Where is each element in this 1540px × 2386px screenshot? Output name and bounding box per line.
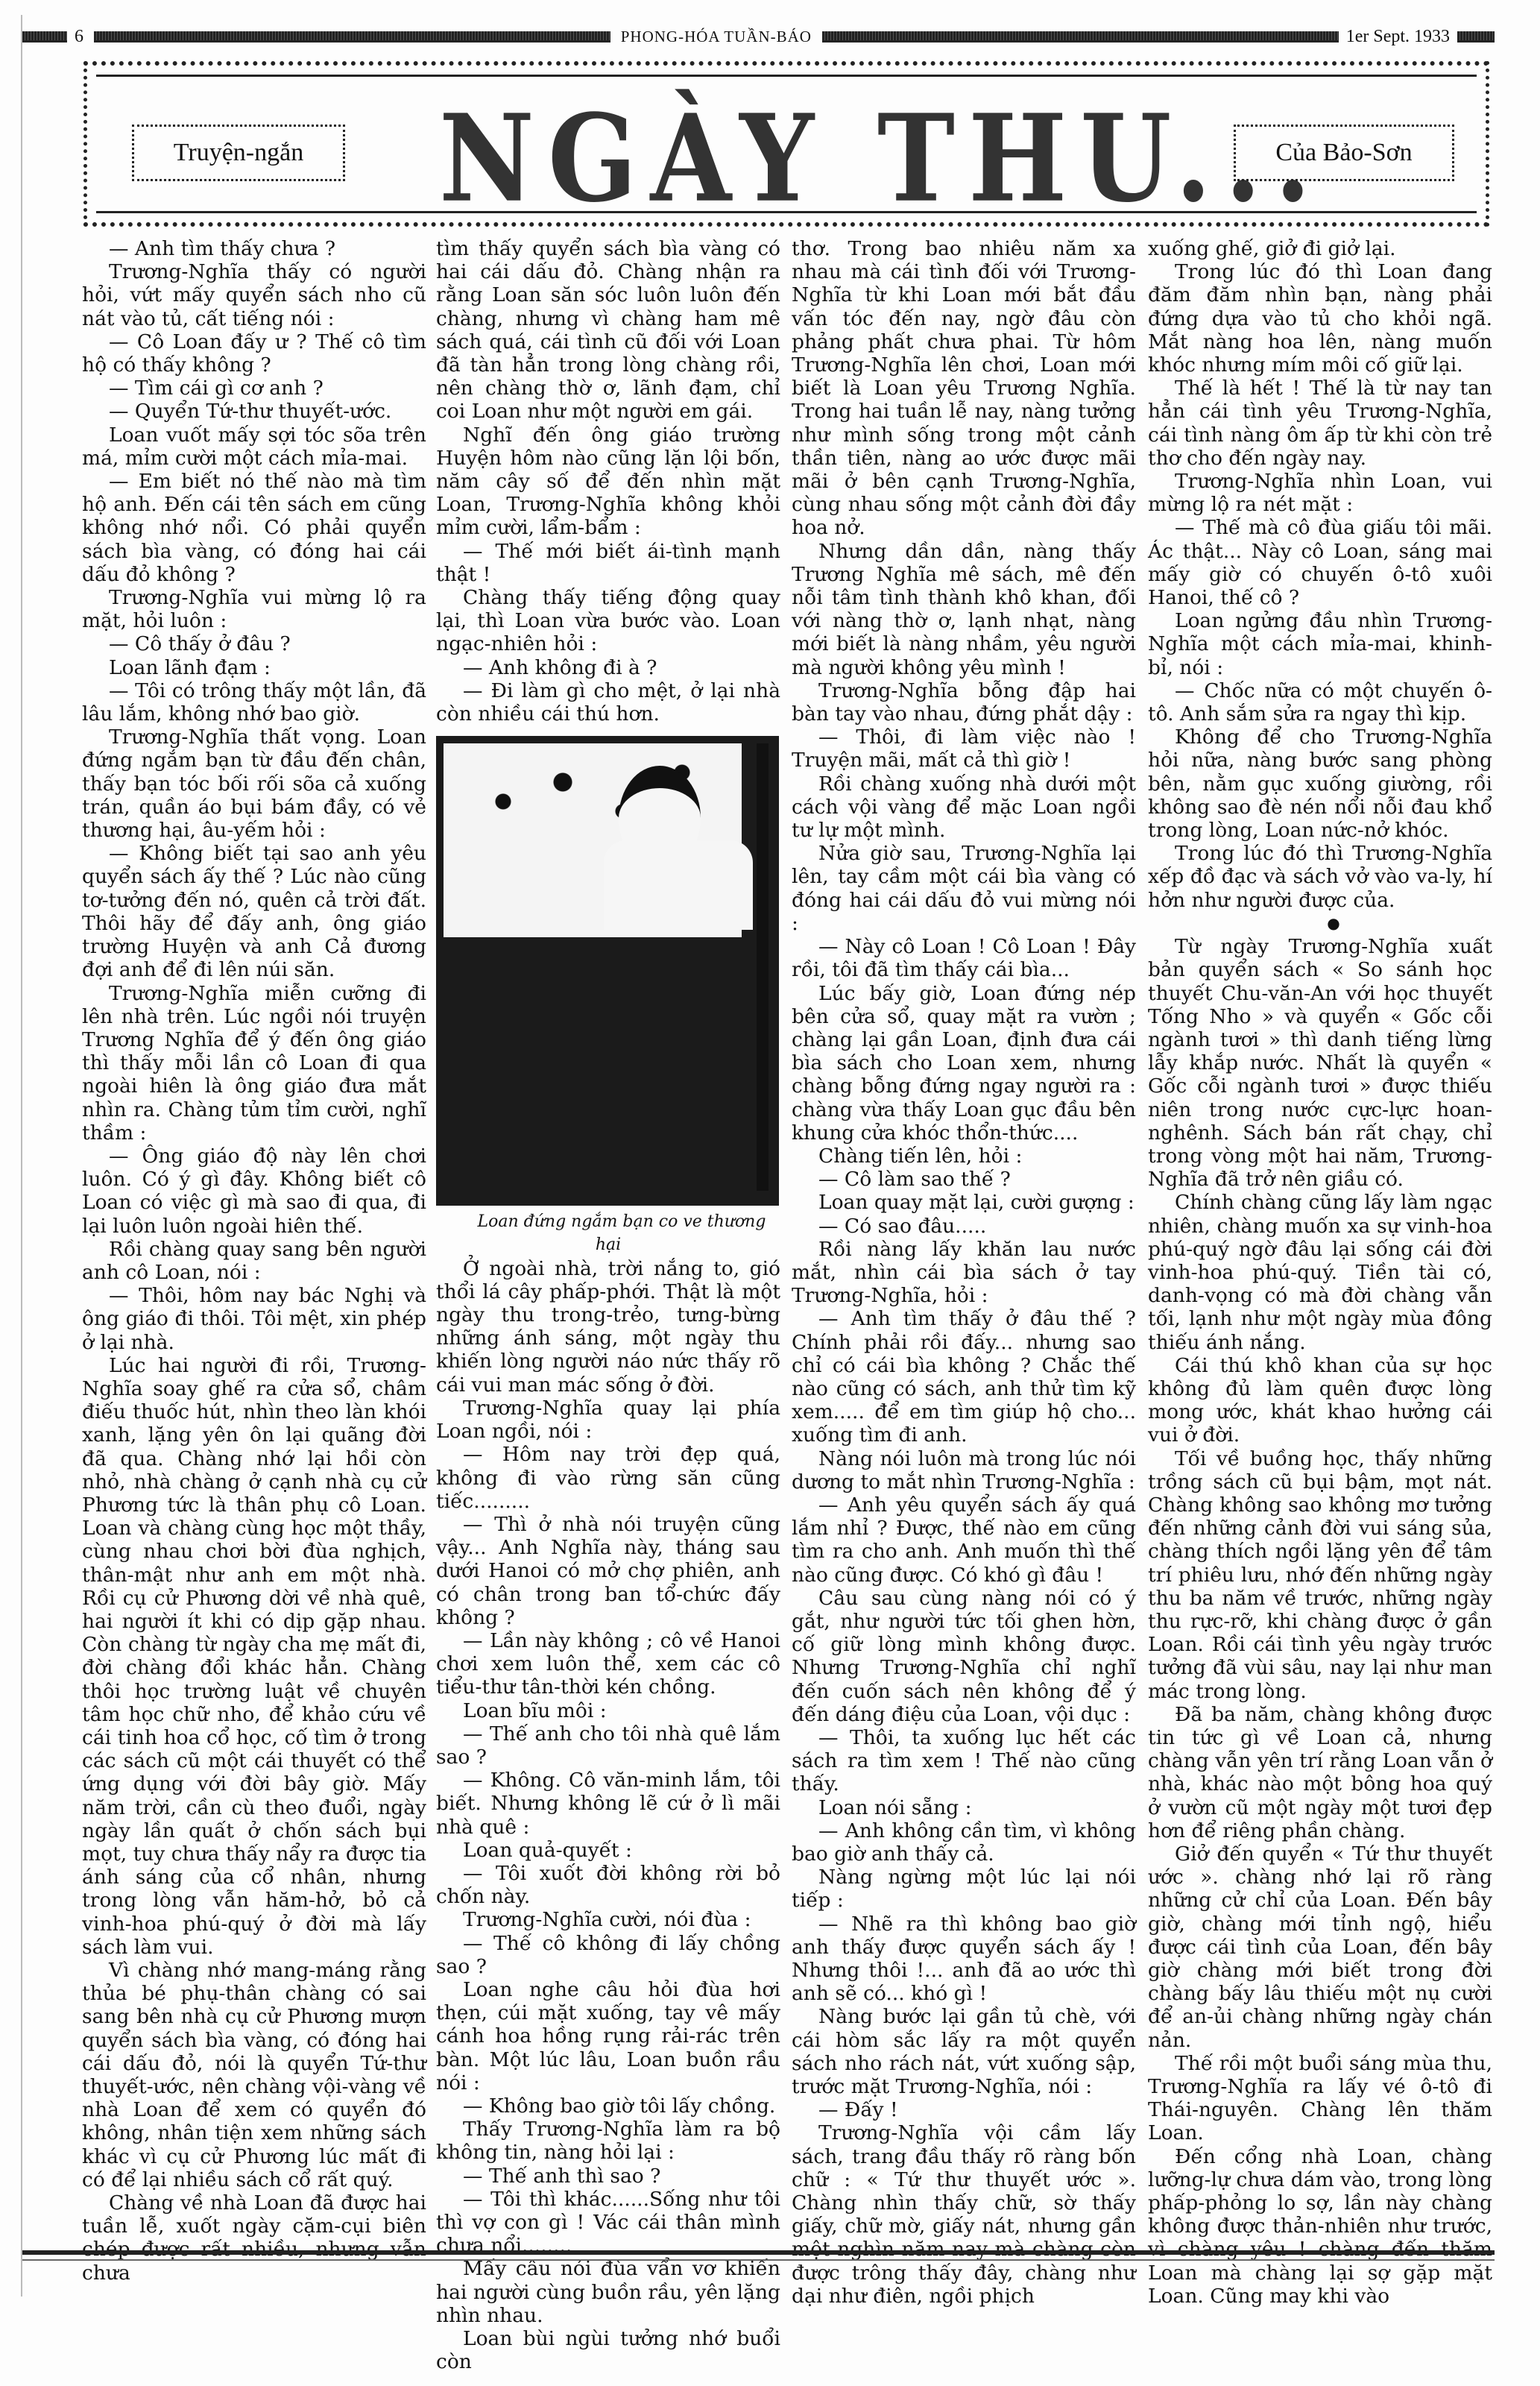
text-column-2: tìm thấy quyển sách bìa vàng có hai cái … xyxy=(436,237,780,2373)
paragraph: Rồi chàng quay sang bên người anh cô Loa… xyxy=(82,1238,426,1284)
paragraph: — Thế mới biết ái-tình mạnh thật ! xyxy=(436,540,780,586)
paragraph: xuống ghế, giở đi giở lại. xyxy=(1148,237,1492,260)
paragraph: Không để cho Trương-Nghĩa hỏi nữa, nàng … xyxy=(1148,725,1492,842)
paragraph: — Đi làm gì cho mệt, ở lại nhà còn nhiều… xyxy=(436,679,780,725)
paragraph: — Cô thấy ở đâu ? xyxy=(82,632,426,655)
paragraph: tìm thấy quyển sách bìa vàng có hai cái … xyxy=(436,237,780,424)
paragraph: — Em biết nó thế nào mà tìm hộ anh. Đến … xyxy=(82,470,426,586)
paragraph: — Thôi, ta xuống lục hết các sách ra tìm… xyxy=(792,1726,1136,1796)
paragraph: Chàng thấy tiếng động quay lại, thì Loan… xyxy=(436,586,780,656)
paragraph: Trong lúc đó thì Loan đang đăm đăm nhìn … xyxy=(1148,260,1492,377)
paragraph: Đã ba năm, chàng không được tin tức gì v… xyxy=(1148,1703,1492,1842)
paragraph: — Thôi, hôm nay bác Nghị và ông giáo đi … xyxy=(82,1284,426,1354)
paragraph: Trương-Nghĩa quay lại phía Loan ngồi, nó… xyxy=(436,1397,780,1443)
issue-date: 1er Sept. 1933 xyxy=(1346,27,1450,47)
paragraph: Ở ngoài nhà, trời nắng to, gió thổi lá c… xyxy=(436,1257,780,1397)
footer-rule-thin xyxy=(22,2259,1495,2261)
paragraph: Nghĩ đến ông giáo trường Huyện hôm nào c… xyxy=(436,424,780,540)
paragraph: Cái thú khô khan của sự học không đủ làm… xyxy=(1148,1354,1492,1447)
paragraph: Trương-Nghĩa bỗng đập hai bàn tay vào nh… xyxy=(792,679,1136,725)
paragraph: Thế là hết ! Thế là từ nay tan hẳn cái t… xyxy=(1148,377,1492,470)
paragraph: — Thế anh thì sao ? xyxy=(436,2165,780,2188)
title-inner-frame: Truyện-ngắn NGÀY THU... Của Bảo-Sơn xyxy=(96,75,1477,213)
paragraph: Vì chàng nhớ mang-máng rằng thủa bé phụ-… xyxy=(82,1959,426,2191)
paragraph: Chàng về nhà Loan đã được hai tuần lễ, x… xyxy=(82,2191,426,2285)
paragraph: Thấy Trương-Nghĩa làm ra bộ không tin, n… xyxy=(436,2118,780,2164)
paragraph: — Cô làm sao thế ? xyxy=(792,1168,1136,1191)
section-separator-icon: ● xyxy=(1148,912,1492,935)
paragraph: Trương-Nghĩa vui mừng lộ ra mặt, hỏi luô… xyxy=(82,586,426,632)
text-column-3: thơ. Trong bao nhiêu năm xa nhau mà cái … xyxy=(792,237,1136,2308)
paragraph: Nhưng dần dần, nàng thấy Trương Nghĩa mê… xyxy=(792,540,1136,679)
story-title: NGÀY THU... xyxy=(439,99,1325,219)
paragraph: — Anh tìm thấy chưa ? xyxy=(82,237,426,260)
paragraph: Nửa giờ sau, Trương-Nghĩa lại lên, tay c… xyxy=(792,842,1136,935)
header-rule xyxy=(822,31,1339,43)
paragraph: — Anh không đi à ? xyxy=(436,656,780,679)
paragraph: Đến cổng nhà Loan, chàng lưỡng-lự chưa d… xyxy=(1148,2145,1492,2308)
paragraph: — Không. Cô văn-minh lắm, tôi biết. Nhưn… xyxy=(436,1769,780,1839)
woman-figure-body xyxy=(604,840,753,930)
paragraph: Giở đến quyển « Tứ thư thuyết ước ». chà… xyxy=(1148,1842,1492,2052)
illustration-caption: Loan đứng ngắm bạn co ve thương hại xyxy=(436,1210,780,1256)
paragraph: Trương-Nghĩa nhìn Loan, vui mừng lộ ra n… xyxy=(1148,470,1492,516)
paragraph: Từ ngày Trương-Nghĩa xuất bản quyển sách… xyxy=(1148,935,1492,1191)
paragraph: — Thôi, đi làm việc nào ! Truyện mãi, mấ… xyxy=(792,725,1136,772)
paragraph: — Anh không cần tìm, vì không bao giờ an… xyxy=(792,1819,1136,1866)
paragraph: — Đấy ! xyxy=(792,2098,1136,2121)
paragraph: — Tôi thì khác......Sống như tôi thì vợ … xyxy=(436,2188,780,2258)
paragraph: Rồi chàng xuống nhà dưới một cách vội và… xyxy=(792,772,1136,843)
paragraph: — Tôi xuốt đời không rời bỏ chốn này. xyxy=(436,1862,780,1908)
author-byline: Của Bảo-Sơn xyxy=(1234,125,1454,181)
paragraph: Nàng bước lại gần tủ chè, với cái hòm sắ… xyxy=(792,2005,1136,2098)
paragraph: Trương-Nghĩa miễn cưỡng đi lên nhà trên.… xyxy=(82,982,426,1145)
paragraph: Câu sau cùng nàng nói có ý gắt, như ngườ… xyxy=(792,1587,1136,1726)
paragraph: — Nhẽ ra thì không bao giờ anh thấy được… xyxy=(792,1913,1136,2006)
paragraph: Lúc hai người đi rồi, Trương-Nghĩa soay … xyxy=(82,1354,426,1959)
header-rule xyxy=(1457,31,1495,43)
door-frame xyxy=(757,743,769,1191)
paragraph: — Thế anh cho tôi nhà quê lắm sao ? xyxy=(436,1722,780,1769)
header-rule xyxy=(94,31,610,43)
paragraph: Tối về buồng học, thấy những trồng sách … xyxy=(1148,1447,1492,1703)
paragraph: Loan nghe câu hỏi đùa hơi thẹn, cúi mặt … xyxy=(436,1978,780,2094)
paragraph: — Ông giáo độ này lên chơi luôn. Có ý gì… xyxy=(82,1145,426,1238)
paragraph: Loan ngửng đầu nhìn Trương-Nghĩa một các… xyxy=(1148,609,1492,679)
paragraph: — Không bao giờ tôi lấy chồng. xyxy=(436,2094,780,2118)
paragraph: — Hôm nay trời đẹp quá, không đi vào rừn… xyxy=(436,1443,780,1513)
paragraph: — Tôi có trông thấy một lần, đã lâu lắm,… xyxy=(82,679,426,725)
paragraph: — Thế cô không đi lấy chồng sao ? xyxy=(436,1932,780,1978)
text-column-4: xuống ghế, giở đi giở lại. Trong lúc đó … xyxy=(1148,237,1492,2308)
paragraph: thơ. Trong bao nhiêu năm xa nhau mà cái … xyxy=(792,237,1136,540)
woodcut-illustration xyxy=(436,736,779,1206)
paragraph: Loan lãnh đạm : xyxy=(82,656,426,679)
footer-rule xyxy=(22,2250,1495,2255)
paragraph: — Thì ở nhà nói truyện cũng vậy... Anh N… xyxy=(436,1513,780,1629)
paragraph: Trương-Nghĩa cười, nói đùa : xyxy=(436,1908,780,1931)
paragraph: Lúc bấy giờ, Loan đứng nép bên cửa sổ, q… xyxy=(792,982,1136,1145)
paragraph: — Quyển Tứ-thư thuyết-ước. xyxy=(82,400,426,423)
paragraph: Loan quay mặt lại, cười gượng : xyxy=(792,1191,1136,1214)
paragraph: Loan nói sẵng : xyxy=(792,1796,1136,1819)
paragraph: — Anh tìm thấy ở đâu thế ? Chính phải rồ… xyxy=(792,1307,1136,1447)
paragraph: Mấy câu nói đùa vẩn vơ khiến hai người c… xyxy=(436,2257,780,2327)
page-header: 6 PHONG-HÓA TUẦN-BÁO 1er Sept. 1933 xyxy=(22,25,1495,48)
title-block: Truyện-ngắn NGÀY THU... Của Bảo-Sơn xyxy=(83,61,1489,227)
header-rule xyxy=(22,31,67,43)
paragraph: Trương-Nghĩa thấy có người hỏi, vứt mấy … xyxy=(82,260,426,330)
paragraph: — Cô Loan đấy ư ? Thế cô tìm hộ có thấy … xyxy=(82,330,426,377)
paragraph: Trương-Nghĩa vội cầm lấy sách, trang đầu… xyxy=(792,2121,1136,2308)
paragraph: — Lần này không ; cô về Hanoi chơi xem l… xyxy=(436,1629,780,1699)
paragraph: — Thế mà cô đùa giấu tôi mãi. Ác thật...… xyxy=(1148,516,1492,609)
paragraph: Chàng tiến lên, hỏi : xyxy=(792,1145,1136,1168)
paragraph: — Không biết tại sao anh yêu quyển sách … xyxy=(82,842,426,981)
paragraph: Thế rồi một buổi sáng mùa thu, Trương-Ng… xyxy=(1148,2052,1492,2145)
paragraph: Trong lúc đó thì Trương-Nghĩa xếp đồ đạc… xyxy=(1148,842,1492,912)
paragraph: — Tìm cái gì cơ anh ? xyxy=(82,377,426,400)
paragraph: Loan vuốt mấy sợi tóc sõa trên má, mỉm c… xyxy=(82,424,426,470)
text-column-1: — Anh tìm thấy chưa ? Trương-Nghĩa thấy … xyxy=(82,237,426,2285)
paragraph: Loan bĩu môi : xyxy=(436,1699,780,1722)
paragraph: Nàng nói luôn mà trong lúc nói dương to … xyxy=(792,1447,1136,1493)
paragraph: Loan bùi ngùi tưởng nhớ buổi còn xyxy=(436,2327,780,2373)
paragraph: Rồi nàng lấy khăn lau nước mắt, nhìn cái… xyxy=(792,1238,1136,1308)
paragraph: Chính chàng cũng lấy làm ngạc nhiên, chà… xyxy=(1148,1191,1492,1353)
paragraph: Trương-Nghĩa thất vọng. Loan đứng ngắm b… xyxy=(82,725,426,842)
paragraph: Loan quả-quyết : xyxy=(436,1839,780,1862)
genre-label: Truyện-ngắn xyxy=(132,125,345,181)
page-number: 6 xyxy=(75,27,83,47)
publication-name: PHONG-HÓA TUẦN-BÁO xyxy=(621,28,812,46)
paragraph: — Này cô Loan ! Cô Loan ! Đây rồi, tôi đ… xyxy=(792,935,1136,981)
paragraph: — Chốc nữa có một chuyến ô-tô. Anh sắm s… xyxy=(1148,679,1492,725)
paragraph: — Anh yêu quyển sách ấy quá lắm nhỉ ? Đư… xyxy=(792,1493,1136,1587)
paragraph: — Có sao đâu..... xyxy=(792,1215,1136,1238)
paragraph: Nàng ngừng một lúc lại nói tiếp : xyxy=(792,1866,1136,1912)
